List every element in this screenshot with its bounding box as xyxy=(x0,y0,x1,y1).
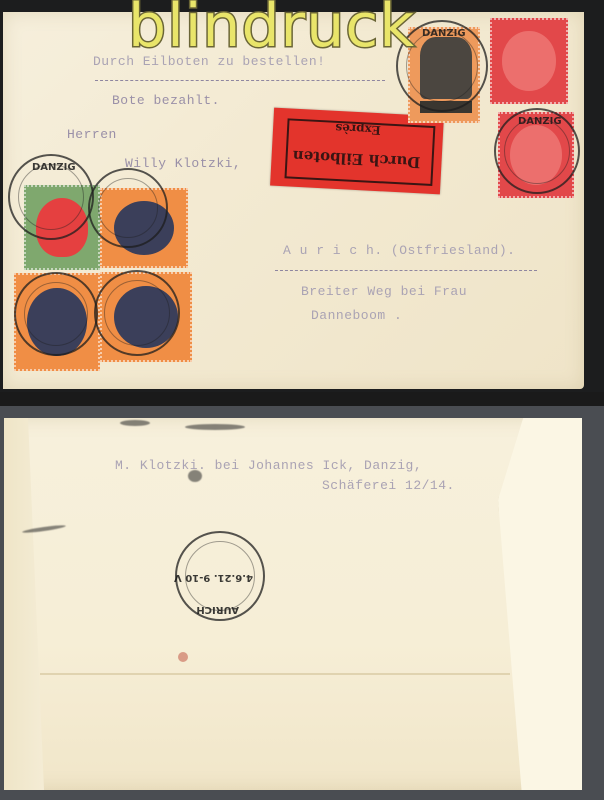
ink-smudge xyxy=(188,470,202,482)
scan-divider xyxy=(0,392,604,406)
danzig-postmark-right xyxy=(88,168,168,248)
danzig-postmark-bottom-right xyxy=(94,270,180,356)
danzig-postmark-bottom-left xyxy=(14,272,98,356)
instruction-underline xyxy=(95,80,385,81)
sender-line: M. Klotzki. bei Johannes Ick, Danzig, xyxy=(115,458,422,473)
salutation: Herren xyxy=(67,127,117,142)
cover-back xyxy=(4,418,582,790)
recipient-name: Willy Klotzki, xyxy=(125,156,241,171)
blindruck-watermark: blindruck xyxy=(128,0,415,56)
street-line-2: Danneboom . xyxy=(311,308,402,323)
danzig-postmark-red-stamp: DANZIG xyxy=(494,108,580,194)
street-line: Breiter Weg bei Frau xyxy=(301,284,467,299)
paid-line: Bote bezahlt. xyxy=(112,93,220,108)
city-underline xyxy=(275,270,537,271)
ink-smudge xyxy=(120,420,150,426)
ink-smudge xyxy=(185,424,245,430)
envelope-flap-bottom-edge xyxy=(40,673,510,675)
danzig-postmark-left: DANZIG xyxy=(8,154,94,240)
red-spot xyxy=(178,652,188,662)
red-stamp-top xyxy=(490,18,568,104)
sender-line-2: Schäferei 12/14. xyxy=(322,478,455,493)
city-line: A u r i c h. (Ostfriesland). xyxy=(283,243,515,258)
aurich-arrival-postmark: AURICH 4.6.21. 9-10 V xyxy=(175,531,265,621)
